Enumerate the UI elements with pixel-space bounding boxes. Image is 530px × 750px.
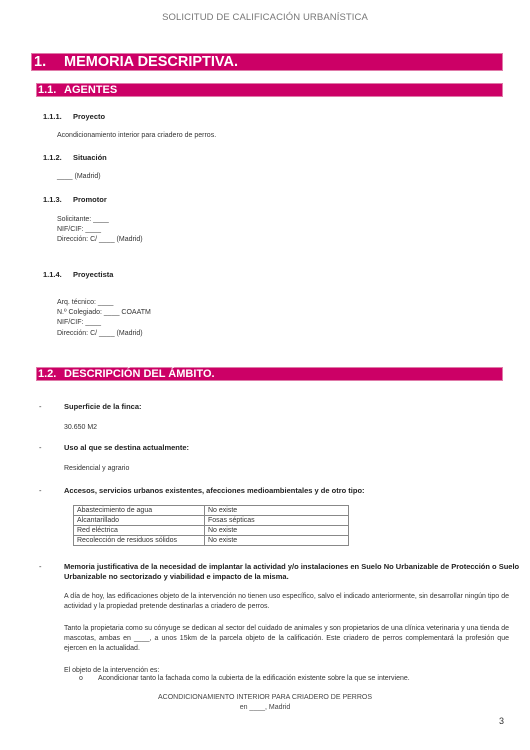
bullet-dash: - bbox=[39, 562, 42, 571]
subsection-number: 1.1.4. bbox=[43, 270, 62, 279]
item-label: Urbanizable no sectorizado y viabilidad … bbox=[64, 572, 289, 582]
table-cell-service: Alcantarillado bbox=[74, 516, 205, 526]
table-cell-status: No existe bbox=[205, 506, 349, 516]
document-footer: ACONDICIONAMIENTO INTERIOR PARA CRIADERO… bbox=[0, 693, 530, 712]
item-memoria: - Memoria justificativa de la necesidad … bbox=[39, 562, 519, 584]
subsection-title: Proyecto bbox=[73, 112, 105, 121]
superficie-value: 30.650 M2 bbox=[64, 423, 97, 433]
memoria-paragraph-1: A día de hoy, las edificaciones objeto d… bbox=[64, 592, 509, 612]
item-accesos: - Accesos, servicios urbanos existentes,… bbox=[39, 486, 519, 496]
section-heading-1-2: 1.2. DESCRIPCIÓN DEL ÁMBITO. bbox=[36, 367, 503, 381]
footer-line-1: ACONDICIONAMIENTO INTERIOR PARA CRIADERO… bbox=[0, 693, 530, 703]
item-label: Memoria justificativa de la necesidad de… bbox=[64, 562, 519, 572]
page-number: 3 bbox=[499, 716, 504, 726]
bullet-dash: - bbox=[39, 402, 42, 411]
subsection-situacion: 1.1.2. Situación bbox=[43, 153, 343, 163]
subsection-promotor: 1.1.3. Promotor bbox=[43, 195, 343, 205]
table-cell-service: Recolección de residuos sólidos bbox=[74, 536, 205, 546]
proyectista-direccion: Dirección: C/ ____ (Madrid) bbox=[57, 329, 143, 339]
item-label: Uso al que se destina actualmente: bbox=[64, 443, 189, 453]
section-heading-1: 1. MEMORIA DESCRIPTIVA. bbox=[31, 53, 503, 71]
memoria-paragraph-2: Tanto la propietaria como su cónyuge se … bbox=[64, 624, 509, 654]
section-number: 1.1. bbox=[38, 84, 56, 96]
section-title: DESCRIPCIÓN DEL ÁMBITO. bbox=[64, 368, 215, 380]
table-cell-service: Red eléctrica bbox=[74, 526, 205, 536]
section-title: AGENTES bbox=[64, 84, 117, 96]
table-cell-status: Fosas sépticas bbox=[205, 516, 349, 526]
bullet-dash: - bbox=[39, 443, 42, 452]
section-heading-1-1: 1.1. AGENTES bbox=[36, 83, 503, 97]
sub-bullet-circle-icon: o bbox=[79, 675, 83, 682]
subsection-proyecto: 1.1.1. Proyecto bbox=[43, 112, 343, 122]
proyecto-text: Acondicionamiento interior para criadero… bbox=[57, 131, 216, 141]
bullet-dash: - bbox=[39, 486, 42, 495]
services-table: Abastecimiento de agua No existe Alcanta… bbox=[73, 505, 349, 546]
table-row: Abastecimiento de agua No existe bbox=[74, 506, 349, 516]
subsection-number: 1.1.2. bbox=[43, 153, 62, 162]
subsection-title: Situación bbox=[73, 153, 107, 162]
table-row: Recolección de residuos sólidos No exist… bbox=[74, 536, 349, 546]
table-row: Alcantarillado Fosas sépticas bbox=[74, 516, 349, 526]
document-header: SOLICITUD DE CALIFICACIÓN URBANÍSTICA bbox=[0, 12, 530, 23]
table-cell-status: No existe bbox=[205, 526, 349, 536]
table-cell-service: Abastecimiento de agua bbox=[74, 506, 205, 516]
promotor-solicitante: Solicitante: ____ bbox=[57, 215, 109, 225]
section-number: 1. bbox=[34, 54, 46, 70]
section-title: MEMORIA DESCRIPTIVA. bbox=[64, 54, 238, 70]
subsection-title: Proyectista bbox=[73, 270, 113, 279]
item-superficie: - Superficie de la finca: bbox=[39, 402, 519, 412]
subsection-title: Promotor bbox=[73, 195, 107, 204]
item-uso: - Uso al que se destina actualmente: bbox=[39, 443, 519, 453]
subsection-number: 1.1.1. bbox=[43, 112, 62, 121]
proyectista-arq: Arq. técnico: ____ bbox=[57, 298, 113, 308]
section-number: 1.2. bbox=[38, 368, 56, 380]
uso-value: Residencial y agrario bbox=[64, 464, 129, 474]
item-label: Accesos, servicios urbanos existentes, a… bbox=[64, 486, 365, 496]
footer-line-2: en ____, Madrid bbox=[0, 703, 530, 713]
situacion-text: ____ (Madrid) bbox=[57, 172, 101, 182]
promotor-direccion: Dirección: C/ ____ (Madrid) bbox=[57, 235, 143, 245]
sub-item: Acondicionar tanto la fachada como la cu… bbox=[98, 675, 410, 682]
proyectista-colegiado: N.º Colegiado: ____ COAATM bbox=[57, 308, 151, 318]
item-label: Superficie de la finca: bbox=[64, 402, 142, 412]
promotor-nif: NIF/CIF: ____ bbox=[57, 225, 101, 235]
subsection-number: 1.1.3. bbox=[43, 195, 62, 204]
table-cell-status: No existe bbox=[205, 536, 349, 546]
table-row: Red eléctrica No existe bbox=[74, 526, 349, 536]
proyectista-nif: NIF/CIF: ____ bbox=[57, 318, 101, 328]
subsection-proyectista: 1.1.4. Proyectista bbox=[43, 270, 343, 280]
